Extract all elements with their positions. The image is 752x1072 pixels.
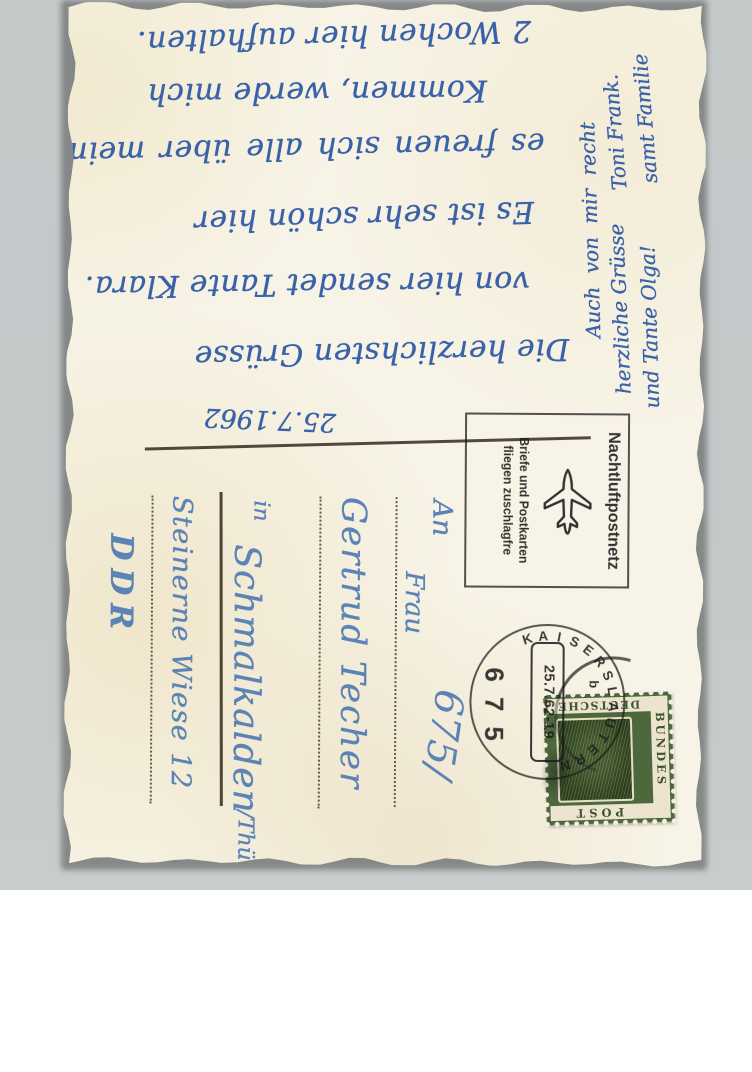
postmark-postal-code: 675 <box>478 667 510 756</box>
margin-greeting-signature: Toni Frank. <box>598 73 631 191</box>
message-line: 2 Wochen hier aufhalten. <box>136 13 531 59</box>
address-ruled-line <box>394 497 398 807</box>
jet-plane-icon <box>531 458 604 542</box>
airmail-cachet: Nachtluftpostnetz Briefe und Postkarten … <box>464 412 630 588</box>
stamp-bottom-label: POST <box>572 805 624 820</box>
address-block: An Frau 675/ Gertrud Techer in Schmalkal… <box>87 487 459 869</box>
message-line: es freuen sich alle über mein <box>68 126 545 171</box>
cachet-title: Nachtluftpostnetz <box>603 419 624 583</box>
message-line: von hier sendet Tante Klara. <box>84 264 530 304</box>
address-salutation: An <box>426 499 457 536</box>
address-street: Steinerne Wiese 12 <box>165 496 198 790</box>
address-ruled-line <box>150 496 154 804</box>
postcard-back: Die herzlichsten Grüsse von hier sendet … <box>63 2 706 867</box>
margin-greeting-line: samt Familie <box>628 53 662 185</box>
address-preposition: in <box>248 500 273 521</box>
postal-code-annotation: 675/ <box>414 686 473 782</box>
margin-greeting-line: und Tante Olga! <box>635 245 664 409</box>
address-town: Schmalkalden <box>225 544 268 814</box>
cachet-slogan-line1: Briefe und Postkarten <box>515 417 532 583</box>
message-line: Die herzlichsten Grüsse <box>194 331 570 374</box>
handwritten-date: 25.7.1962 <box>196 390 336 435</box>
cachet-slogan-line2: fliegen zuschlagfre <box>499 417 516 583</box>
message-line: Es ist sehr schön hier <box>194 194 535 239</box>
address-country: DDR <box>103 533 140 637</box>
date-text: 25.7.1962 <box>196 401 337 437</box>
margin-greeting-block: Auch von mir recht herzliche Grüsse Toni… <box>577 23 674 409</box>
address-underline <box>220 492 223 806</box>
postcard-scan: Die herzlichsten Grüsse von hier sendet … <box>0 0 752 1072</box>
message-block: Die herzlichsten Grüsse von hier sendet … <box>90 2 637 373</box>
address-ruled-line <box>318 497 322 809</box>
page-margin <box>0 890 752 1072</box>
margin-greeting-line: Auch von mir recht <box>575 122 605 339</box>
message-line: Kommen, werde mich <box>147 73 488 112</box>
address-recipient-name: Gertrud Techer <box>332 497 374 791</box>
address-title: Frau <box>399 571 429 634</box>
margin-greeting-line: herzliche Grüsse <box>604 223 636 395</box>
